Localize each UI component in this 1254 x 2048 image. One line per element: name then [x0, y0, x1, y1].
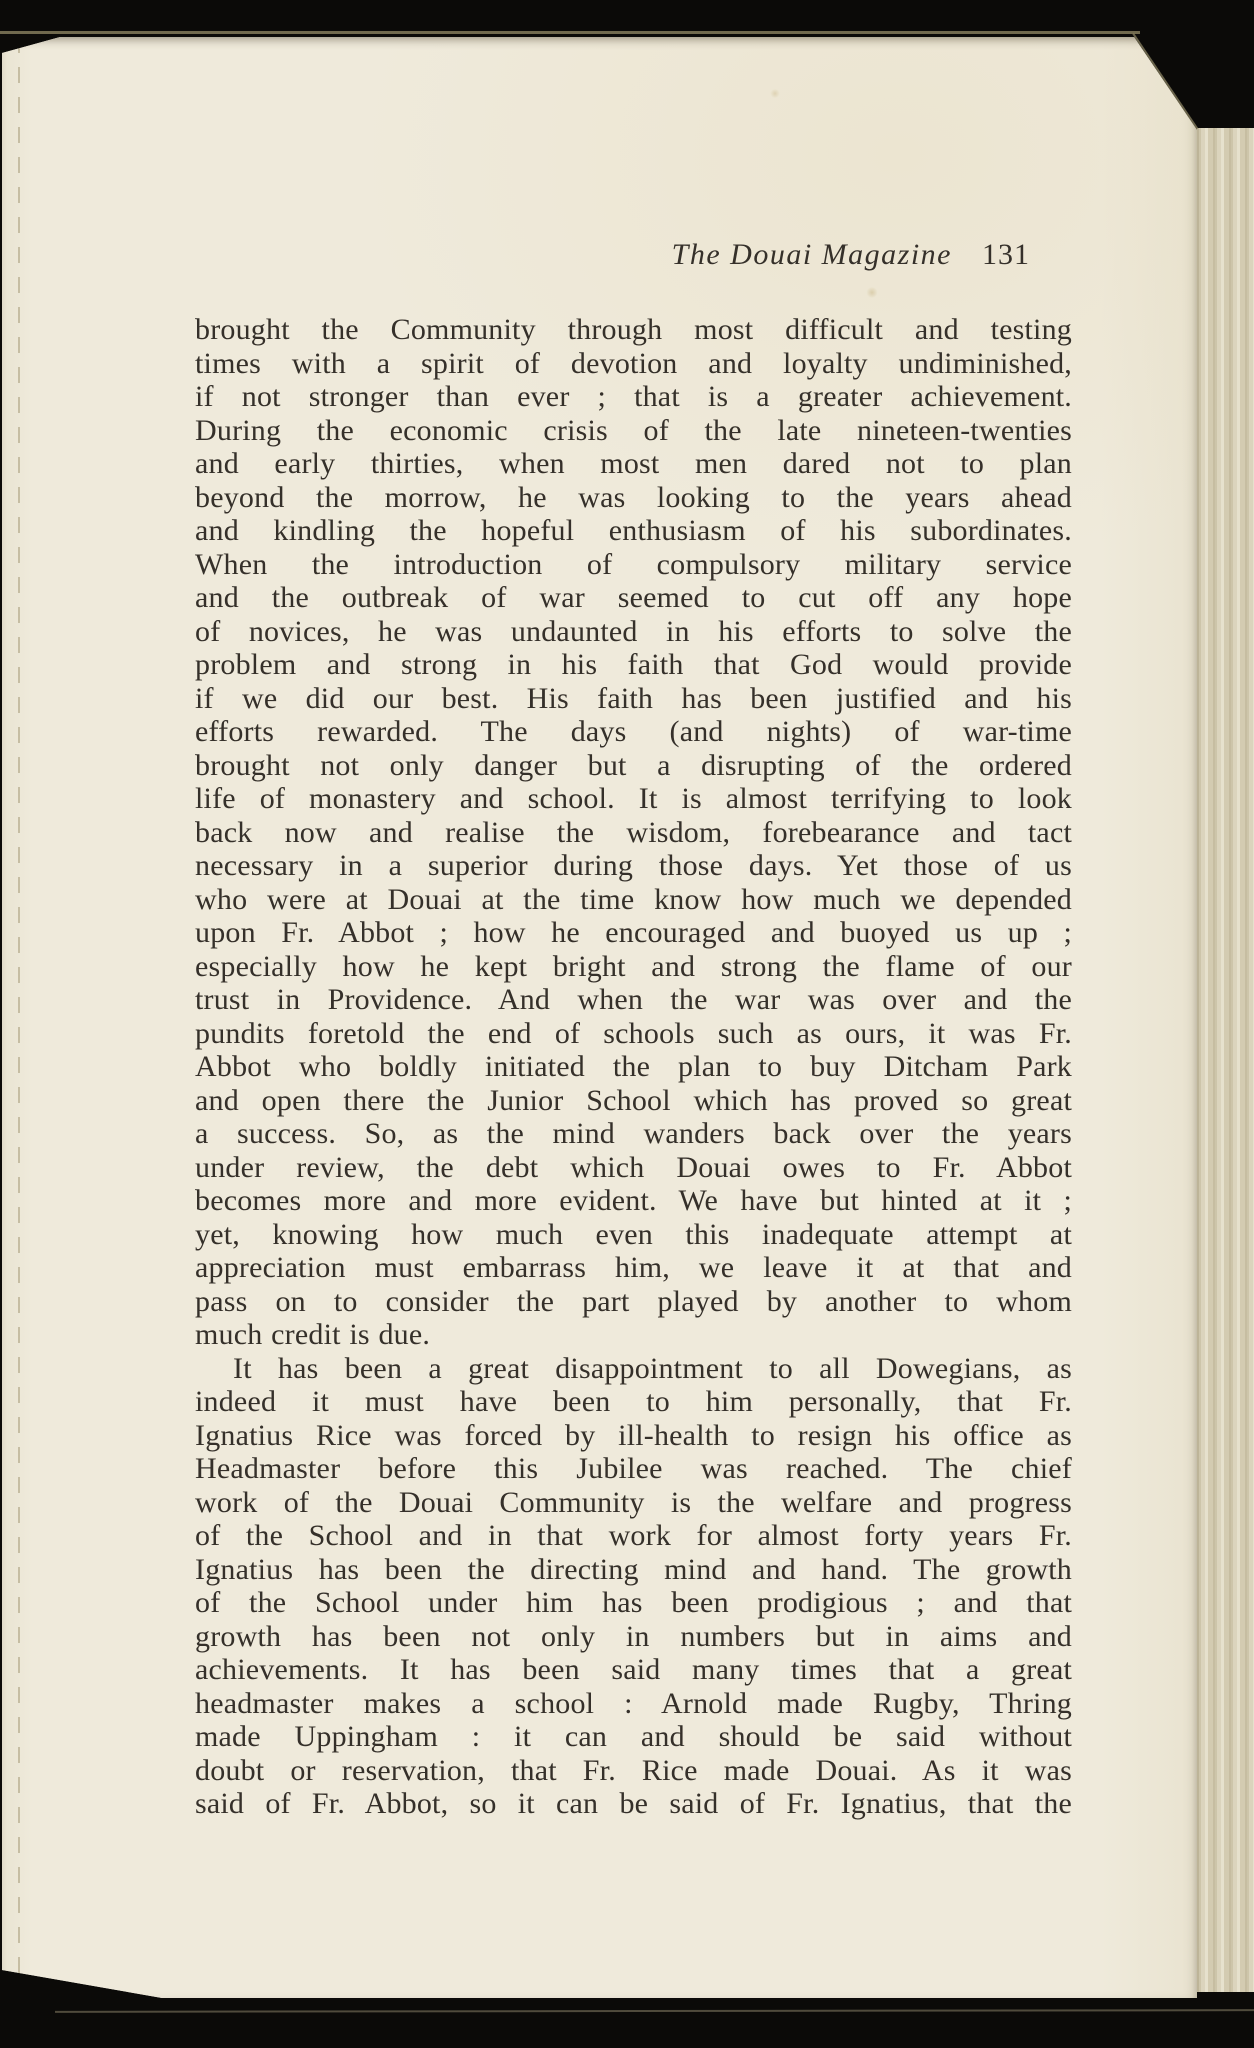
- page-paper: The Douai Magazine131 brought the Commun…: [2, 37, 1197, 1998]
- text-line: especially how he kept bright and strong…: [195, 950, 1072, 984]
- text-line: headmaster makes a school : Arnold made …: [195, 1687, 1072, 1721]
- text-line: life of monastery and school. It is almo…: [195, 782, 1072, 816]
- text-line: of the School and in that work for almos…: [195, 1519, 1072, 1553]
- paragraph: brought the Community through most diffi…: [195, 313, 1072, 1352]
- text-line: upon Fr. Abbot ; how he encouraged and b…: [195, 916, 1072, 950]
- text-line: During the economic crisis of the late n…: [195, 414, 1072, 448]
- text-line: When the introduction of compulsory mili…: [195, 548, 1072, 582]
- book-photo: The Douai Magazine131 brought the Commun…: [0, 0, 1254, 2048]
- text-line: indeed it must have been to him personal…: [195, 1385, 1072, 1419]
- text-line: yet, knowing how much even this inadequa…: [195, 1218, 1072, 1252]
- text-line: under review, the debt which Douai owes …: [195, 1151, 1072, 1185]
- text-line: pass on to consider the part played by a…: [195, 1285, 1072, 1319]
- text-line: and early thirties, when most men dared …: [195, 447, 1072, 481]
- text-line: pundits foretold the end of schools such…: [195, 1017, 1072, 1051]
- text-line: a success. So, as the mind wanders back …: [195, 1117, 1072, 1151]
- page-number: 131: [982, 238, 1030, 271]
- text-line: said of Fr. Abbot, so it can be said of …: [195, 1787, 1072, 1821]
- text-line: beyond the morrow, he was looking to the…: [195, 481, 1072, 515]
- text-line: much credit is due.: [195, 1318, 1072, 1352]
- text-line: and the outbreak of war seemed to cut of…: [195, 581, 1072, 615]
- text-line: Ignatius Rice was forced by ill-health t…: [195, 1419, 1072, 1453]
- text-line: Headmaster before this Jubilee was reach…: [195, 1452, 1072, 1486]
- text-line: if not stronger than ever ; that is a gr…: [195, 380, 1072, 414]
- text-line: who were at Douai at the time know how m…: [195, 883, 1072, 917]
- text-line: back now and realise the wisdom, forebea…: [195, 816, 1072, 850]
- text-line: growth has been not only in numbers but …: [195, 1620, 1072, 1654]
- text-line: necessary in a superior during those day…: [195, 849, 1072, 883]
- body-text: brought the Community through most diffi…: [195, 313, 1072, 1821]
- paragraph: It has been a great disappointment to al…: [195, 1352, 1072, 1821]
- text-line: becomes more and more evident. We have b…: [195, 1184, 1072, 1218]
- text-line: achievements. It has been said many time…: [195, 1653, 1072, 1687]
- text-line: appreciation must embarrass him, we leav…: [195, 1251, 1072, 1285]
- text-line: Abbot who boldly initiated the plan to b…: [195, 1050, 1072, 1084]
- text-line: work of the Douai Community is the welfa…: [195, 1486, 1072, 1520]
- text-line: made Uppingham : it can and should be sa…: [195, 1720, 1072, 1754]
- text-line: trust in Providence. And when the war wa…: [195, 983, 1072, 1017]
- text-line: and kindling the hopeful enthusiasm of h…: [195, 514, 1072, 548]
- text-line: problem and strong in his faith that God…: [195, 648, 1072, 682]
- text-line: brought the Community through most diffi…: [195, 313, 1072, 347]
- running-header: The Douai Magazine131: [195, 235, 1030, 275]
- text-line: of the School under him has been prodigi…: [195, 1586, 1072, 1620]
- text-line: doubt or reservation, that Fr. Rice made…: [195, 1754, 1072, 1788]
- fore-edge-pages: [1197, 128, 1254, 1992]
- text-line: if we did our best. His faith has been j…: [195, 682, 1072, 716]
- cover-edge-highlight: [0, 31, 1140, 34]
- text-line: and open there the Junior School which h…: [195, 1084, 1072, 1118]
- text-line: It has been a great disappointment to al…: [195, 1352, 1072, 1386]
- journal-title: The Douai Magazine: [672, 238, 952, 271]
- gutter-crease: [18, 37, 20, 1998]
- text-line: brought not only danger but a disrupting…: [195, 749, 1072, 783]
- text-line: efforts rewarded. The days (and nights) …: [195, 715, 1072, 749]
- text-line: of novices, he was undaunted in his effo…: [195, 615, 1072, 649]
- cover-bottom-highlight: [55, 2009, 1254, 2013]
- paper-stain: [866, 287, 878, 298]
- text-line: times with a spirit of devotion and loya…: [195, 347, 1072, 381]
- paper-stain: [770, 89, 780, 98]
- text-line: Ignatius has been the directing mind and…: [195, 1553, 1072, 1587]
